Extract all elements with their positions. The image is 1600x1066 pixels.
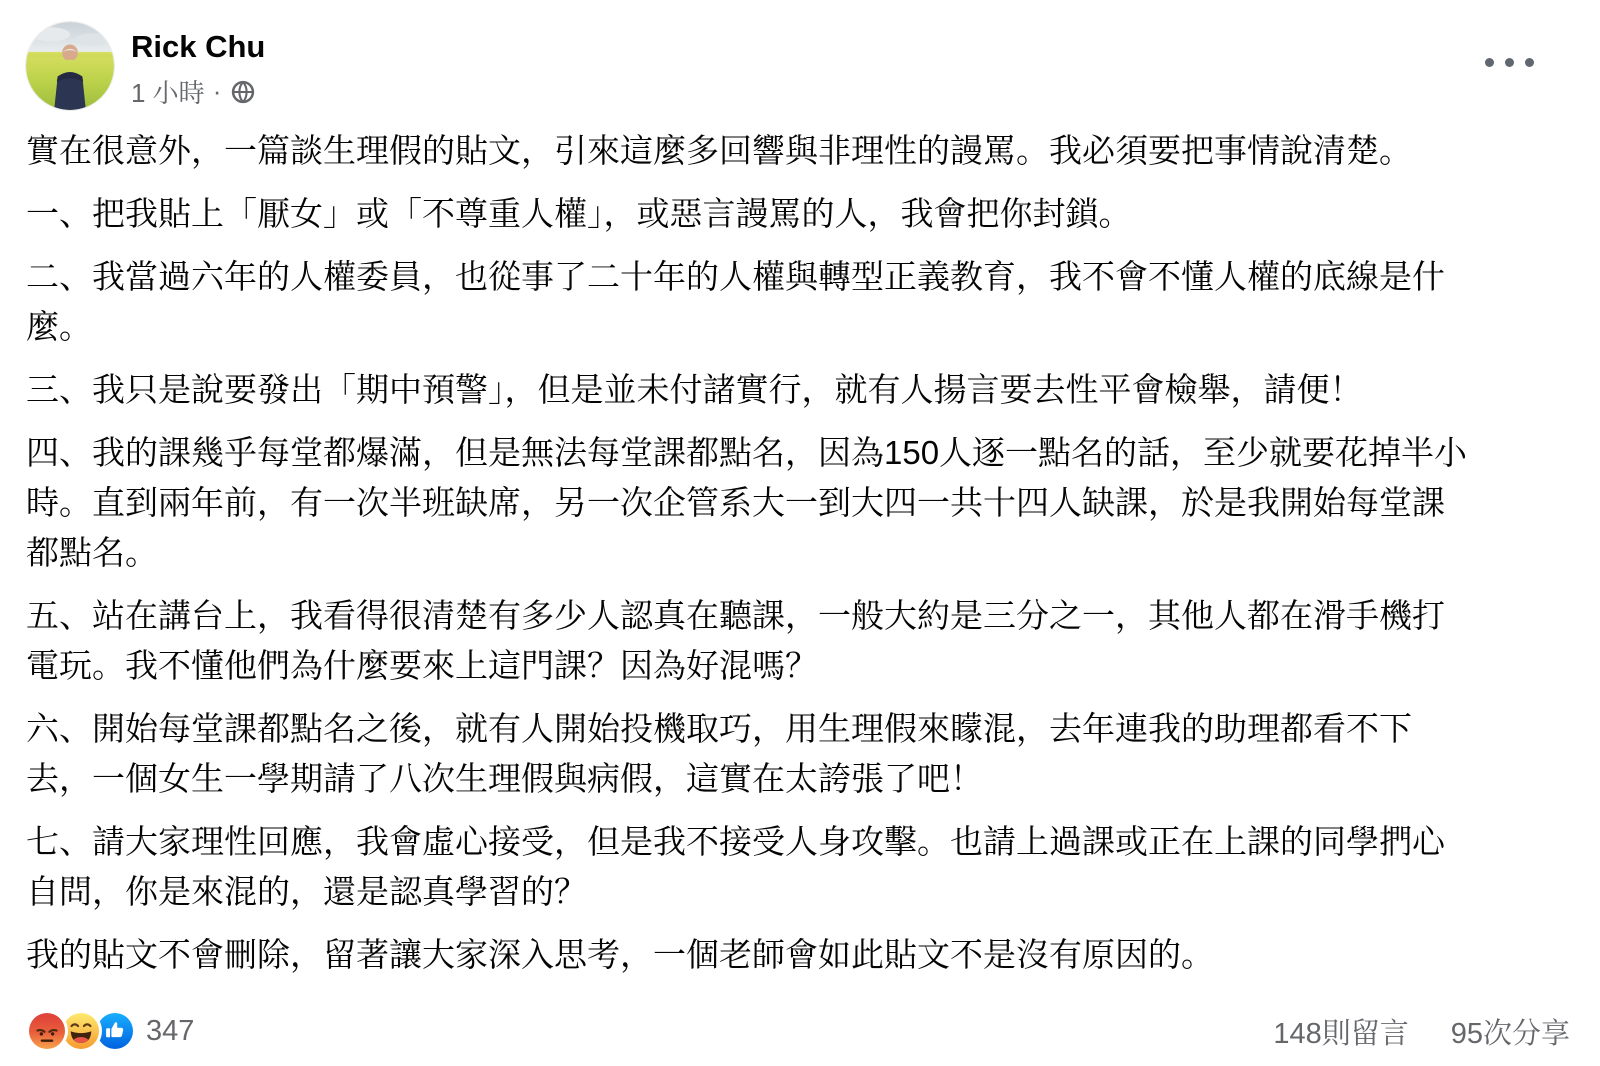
ellipsis-dot <box>1525 58 1534 67</box>
post-footer: 347 148則留言 95次分享 <box>0 1010 1600 1052</box>
post-paragraph: 實在很意外，一篇談生理假的貼文，引來這麼多回響與非理性的謾罵。我必須要把事情說清… <box>26 126 1574 176</box>
shares-count[interactable]: 95次分享 <box>1451 1011 1570 1052</box>
angry-reaction-icon[interactable] <box>26 1010 68 1052</box>
author-name[interactable]: Rick Chu <box>131 28 265 65</box>
globe-icon <box>231 80 255 104</box>
reactions-group[interactable]: 347 <box>26 1010 194 1052</box>
facebook-post: Rick Chu 1 小時 · 實在很意外，一篇談生理假的貼文，引來這麼多回響與… <box>0 0 1600 1066</box>
ellipsis-dot <box>1505 58 1514 67</box>
post-paragraph: 我的貼文不會刪除，留著讓大家深入思考，一個老師會如此貼文不是沒有原因的。 <box>26 930 1574 980</box>
meta-separator: · <box>213 76 222 107</box>
post-paragraph: 六、開始每堂課都點名之後，就有人開始投機取巧，用生理假來矇混，去年連我的助理都看… <box>26 704 1574 804</box>
post-paragraph: 七、請大家理性回應，我會虛心接受，但是我不接受人身攻擊。也請上過課或正在上課的同… <box>26 817 1574 917</box>
post-meta: 1 小時 · <box>131 73 265 110</box>
post-paragraph: 一、把我貼上「厭女」或「不尊重人權」，或惡言謾罵的人，我會把你封鎖。 <box>26 189 1574 239</box>
reaction-count[interactable]: 347 <box>146 1015 194 1048</box>
post-paragraph: 五、站在講台上，我看得很清楚有多少人認真在聽課，一般大約是三分之一，其他人都在滑… <box>26 591 1574 691</box>
footer-stats: 148則留言 95次分享 <box>1273 1011 1570 1052</box>
post-paragraph: 四、我的課幾乎每堂都爆滿，但是無法每堂課都點名，因為150人逐一點名的話，至少就… <box>26 428 1574 578</box>
post-options-button[interactable] <box>1477 50 1542 75</box>
post-paragraph: 三、我只是說要發出「期中預警」，但是並未付諸實行，就有人揚言要去性平會檢舉，請便… <box>26 365 1574 415</box>
avatar-image <box>26 22 114 110</box>
post-header: Rick Chu 1 小時 · <box>0 0 1600 110</box>
ellipsis-dot <box>1485 58 1494 67</box>
comments-count[interactable]: 148則留言 <box>1273 1011 1408 1052</box>
post-paragraph: 二、我當過六年的人權委員，也從事了二十年的人權與轉型正義教育，我不會不懂人權的底… <box>26 252 1574 352</box>
timestamp[interactable]: 1 小時 <box>131 73 205 110</box>
header-text: Rick Chu 1 小時 · <box>131 22 265 110</box>
avatar[interactable] <box>26 22 114 110</box>
post-body: 實在很意外，一篇談生理假的貼文，引來這麼多回響與非理性的謾罵。我必須要把事情說清… <box>0 110 1600 980</box>
